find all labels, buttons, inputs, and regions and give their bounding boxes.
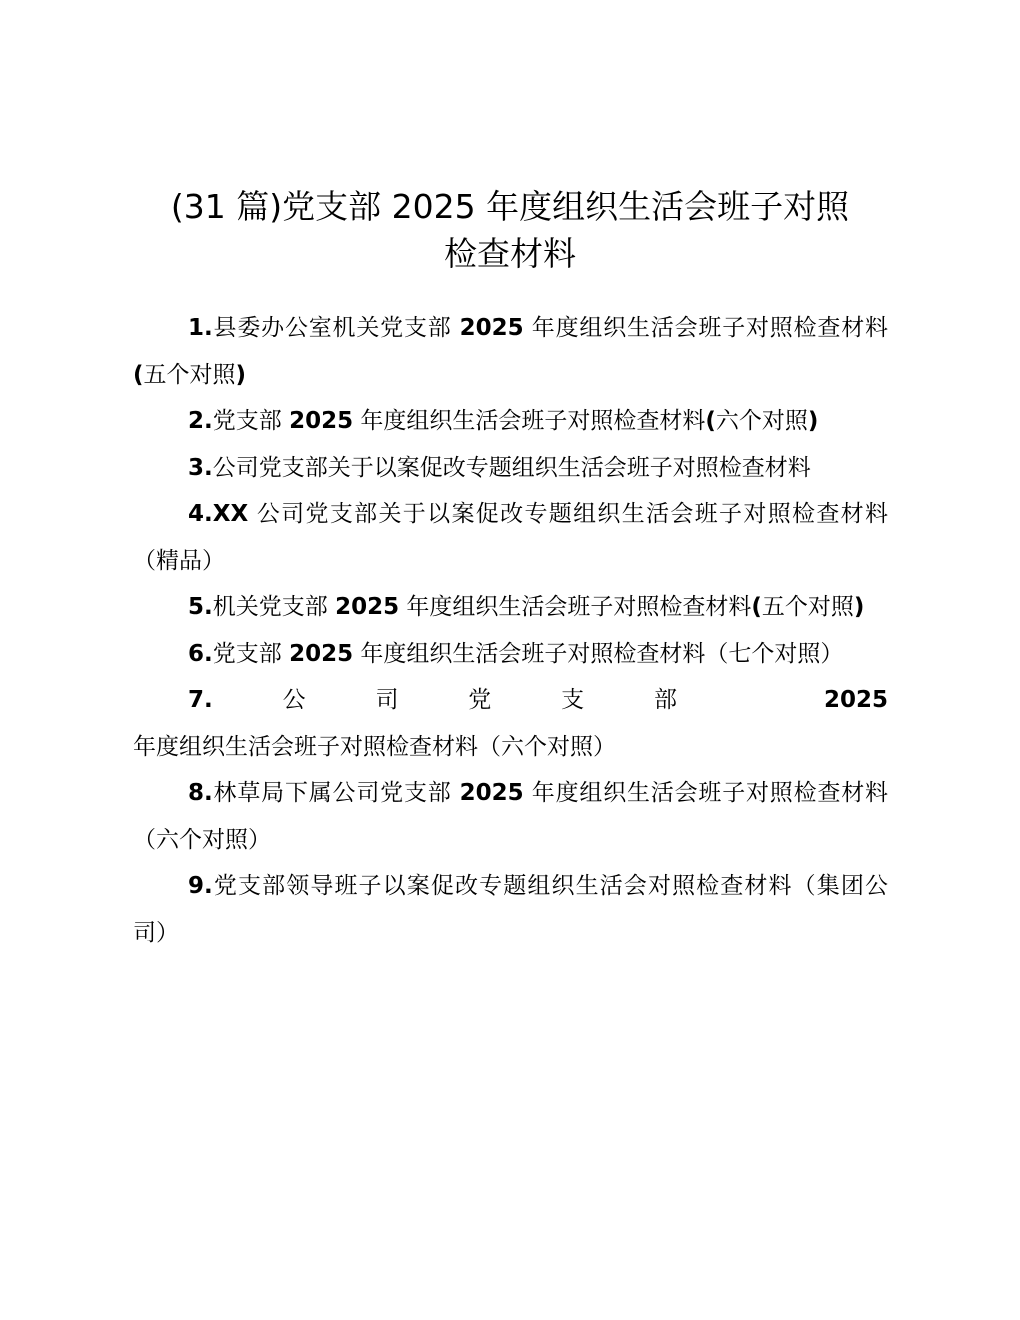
item-paren-open: ( — [133, 362, 144, 388]
item-text: 年度组织生活会班子对照检查材料（六个对照） — [133, 734, 616, 760]
item-year: 2025 — [335, 594, 399, 620]
item-number: 2. — [188, 408, 213, 434]
item-text: 五个对照 — [144, 362, 236, 388]
item-text: 年度组织生活会班子对照检查材料（七个对照） — [353, 641, 843, 667]
toc-item-1[interactable]: 1.县委办公室机关党支部 2025 年度组织生活会班子对照检查材料(五个对照) — [133, 305, 888, 398]
document-title: (31 篇)党支部 2025 年度组织生活会班子对照检查材料 — [133, 183, 887, 277]
item-paren-close: ) — [854, 594, 865, 620]
item-number: 7. — [188, 687, 213, 713]
item-text: 公司党支部 — [213, 687, 824, 713]
item-number: 3. — [188, 455, 213, 481]
item-number: 1. — [188, 315, 213, 341]
item-year: 2025 — [289, 408, 353, 434]
toc-item-2[interactable]: 2.党支部 2025 年度组织生活会班子对照检查材料(六个对照) — [133, 398, 888, 445]
item-paren-close: ) — [236, 362, 247, 388]
toc-item-4[interactable]: 4.XX 公司党支部关于以案促改专题组织生活会班子对照检查材料（精品） — [133, 491, 888, 584]
item-text: 公司党支部关于以案促改专题组织生活会班子对照检查材料 — [213, 455, 811, 481]
toc-item-8[interactable]: 8.林草局下属公司党支部 2025 年度组织生活会班子对照检查材料（六个对照） — [133, 770, 888, 863]
item-year: 2025 — [460, 315, 524, 341]
item-year: 2025 — [824, 687, 888, 713]
toc-item-9[interactable]: 9.党支部领导班子以案促改专题组织生活会对照检查材料（集团公司） — [133, 863, 888, 956]
item-text: 年度组织生活会班子对照检查材料 — [524, 315, 888, 341]
item-text: 党支部领导班子以案促改专题组织生活会对照检查材料（集团公司） — [133, 873, 888, 946]
item-paren-close: ) — [808, 408, 819, 434]
item-paren-open: ( — [705, 408, 716, 434]
item-text: 年度组织生活会班子对照检查材料 — [353, 408, 705, 434]
item-number: 4. — [188, 501, 213, 527]
toc-item-3[interactable]: 3.公司党支部关于以案促改专题组织生活会班子对照检查材料 — [133, 445, 888, 492]
item-year: 2025 — [289, 641, 353, 667]
item-text: 党支部 — [213, 408, 289, 434]
item-number: 5. — [188, 594, 213, 620]
item-number: 6. — [188, 641, 213, 667]
item-text: 林草局下属公司党支部 — [213, 780, 460, 806]
title-line-2: 检查材料 — [444, 234, 576, 273]
item-text: 六个对照 — [716, 408, 808, 434]
item-xx: XX — [213, 501, 248, 527]
item-text: 县委办公室机关党支部 — [213, 315, 460, 341]
item-text: 机关党支部 — [213, 594, 335, 620]
toc-item-6[interactable]: 6.党支部 2025 年度组织生活会班子对照检查材料（七个对照） — [133, 631, 888, 678]
item-text: 五个对照 — [762, 594, 854, 620]
item-number: 8. — [188, 780, 213, 806]
toc-item-5[interactable]: 5.机关党支部 2025 年度组织生活会班子对照检查材料(五个对照) — [133, 584, 888, 631]
document-page: (31 篇)党支部 2025 年度组织生活会班子对照检查材料 1.县委办公室机关… — [0, 0, 1020, 1320]
item-number: 9. — [188, 873, 213, 899]
title-line-1: (31 篇)党支部 2025 年度组织生活会班子对照 — [171, 187, 849, 226]
table-of-contents: 1.县委办公室机关党支部 2025 年度组织生活会班子对照检查材料(五个对照) … — [133, 305, 888, 956]
toc-item-7[interactable]: 7.公司党支部 2025 年度组织生活会班子对照检查材料（六个对照） — [133, 677, 888, 770]
item-text: 年度组织生活会班子对照检查材料 — [399, 594, 751, 620]
item-year: 2025 — [460, 780, 524, 806]
item-text: 党支部 — [213, 641, 289, 667]
item-paren-open: ( — [751, 594, 762, 620]
